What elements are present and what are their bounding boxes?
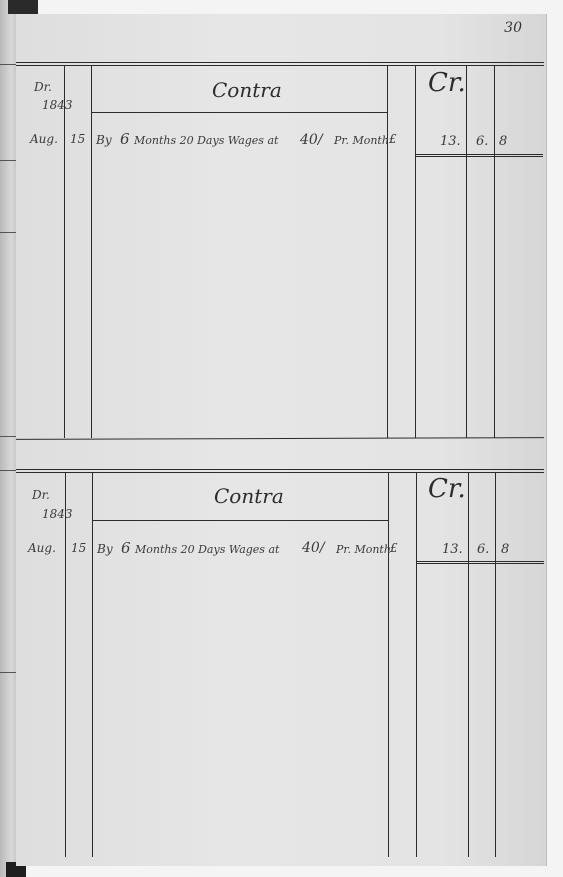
entry-currency: £ [389, 132, 397, 146]
facing-page-rule [0, 470, 16, 471]
book-binding [0, 0, 17, 877]
facing-page-rule [0, 436, 16, 437]
binding-clip [8, 0, 38, 14]
entry-month: Aug. [28, 541, 56, 555]
pounds-column-rule [466, 65, 467, 438]
currency-column-rule [415, 65, 416, 438]
entry-month: Aug. [30, 132, 58, 146]
pounds-column-rule [468, 472, 469, 857]
entry-shillings: 6. [476, 134, 488, 149]
date-column-rule [64, 65, 65, 438]
date-label: Dr. [34, 80, 52, 94]
year: 1843 [42, 98, 73, 112]
date-column-rule [65, 472, 66, 857]
entry-months-count: 6 [121, 539, 131, 557]
currency-column-rule [416, 472, 417, 857]
heading-underline [92, 520, 388, 521]
page-number: 30 [504, 20, 522, 36]
year: 1843 [42, 507, 73, 521]
entry-shillings: 6. [477, 542, 489, 557]
entry-by: By [97, 542, 113, 556]
credit-label: Cr. [428, 474, 466, 504]
entry-pence: 8 [499, 134, 507, 149]
entry-per: Pr. Month [336, 543, 391, 556]
facing-page-rule [0, 232, 16, 233]
description-column-rule [387, 65, 388, 438]
entry-pounds: 13. [442, 542, 463, 557]
entry-day: 15 [71, 541, 86, 555]
entry-rate: 40/ [302, 540, 325, 556]
facing-page-rule [0, 160, 16, 161]
shillings-column-rule [495, 472, 496, 857]
top-rule-double [16, 65, 544, 66]
entry-rate: 40/ [300, 132, 323, 148]
ledger-page: 30 Dr. 1843 Contra Cr. Aug. 15 By 6 Mont… [16, 14, 547, 866]
day-column-rule [92, 472, 93, 857]
facing-page-rule [0, 64, 16, 65]
entry-currency: £ [390, 541, 398, 555]
credit-label: Cr. [428, 68, 466, 98]
entry-pounds: 13. [440, 134, 461, 149]
entry-by: By [96, 133, 112, 147]
entry-description: Months 20 Days Wages at [135, 543, 279, 556]
shillings-column-rule [494, 65, 495, 438]
total-rule [416, 561, 544, 562]
description-column-rule [388, 472, 389, 857]
section-title: Contra [212, 78, 282, 102]
top-rule-double [16, 472, 544, 473]
entry-day: 15 [70, 132, 85, 146]
total-rule [415, 154, 543, 155]
date-label: Dr. [32, 488, 50, 502]
bottom-rule [16, 437, 544, 440]
entry-pence: 8 [501, 542, 509, 557]
top-rule [16, 62, 544, 63]
entry-months-count: 6 [120, 130, 130, 148]
section-title: Contra [214, 484, 284, 508]
entry-per: Pr. Month [334, 134, 389, 147]
top-rule [16, 469, 544, 470]
entry-description: Months 20 Days Wages at [134, 134, 278, 147]
day-column-rule [91, 65, 92, 438]
total-rule-double [416, 563, 544, 564]
heading-underline [91, 112, 387, 113]
total-rule-double [415, 156, 543, 157]
facing-page-rule [0, 672, 16, 673]
